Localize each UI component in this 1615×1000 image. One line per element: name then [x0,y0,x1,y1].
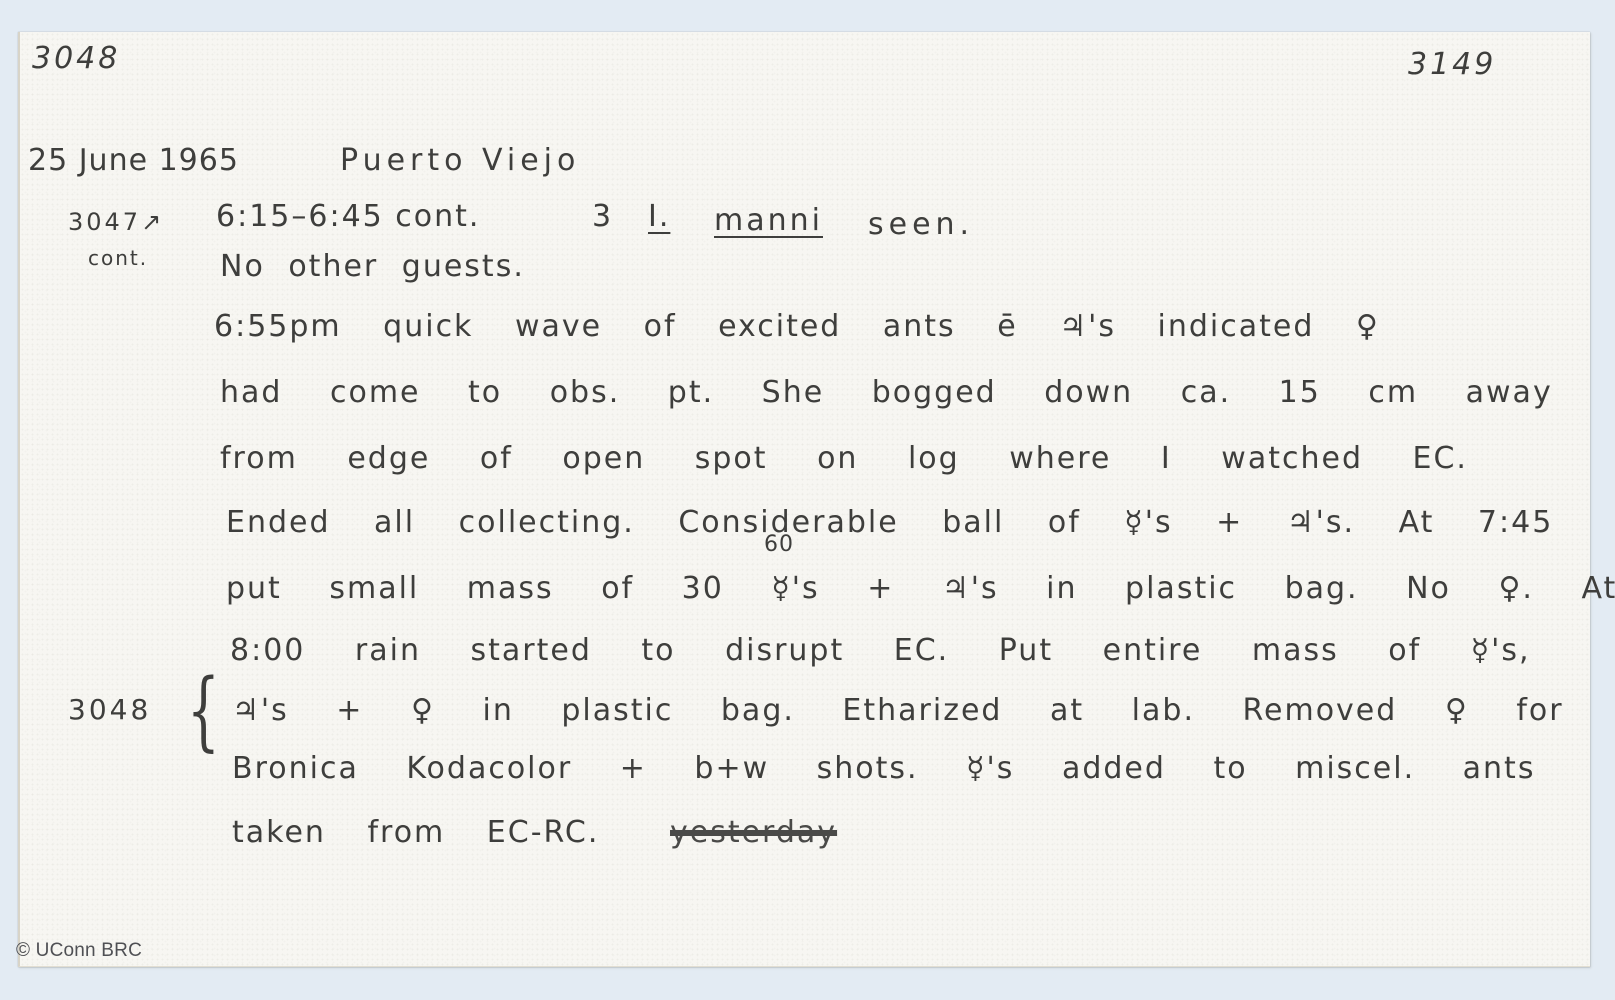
field-note-card: 3048 3149 25 June 1965 Puerto Viejo 3047… [18,32,1590,967]
note-line-6: Ended all collecting. Considerable ball … [226,508,1553,538]
note-line-1b-seen: seen. [868,210,974,240]
note-line-7: put small mass of 30 ☿'s + ♃'s in plasti… [226,574,1615,604]
top-right-catalog-number: 3149 [1408,50,1496,80]
note-line-11: taken from EC-RC. [232,818,599,848]
note-line-4: had come to obs. pt. She bogged down ca.… [220,378,1553,408]
note-line-8: 8:00 rain started to disrupt EC. Put ent… [230,636,1531,666]
note-line-9: ♃'s + ♀ in plastic bag. Etharized at lab… [232,696,1564,726]
correction-60: 60 [764,532,794,557]
bracket-3048: { [187,668,220,754]
note-count: 3 [592,202,613,232]
entry-location: Puerto Viejo [340,146,580,176]
note-line-1a: 6:15–6:45 cont. [216,202,480,232]
note-line-3: 6:55pm quick wave of excited ants ē ♃'s … [214,312,1380,342]
genus-abbrev: I. [648,202,670,232]
margin-specimen-3048: 3048 [68,696,151,724]
top-left-catalog-number: 3048 [32,44,120,74]
margin-cont-label: cont. [88,248,148,268]
species-name: manni [714,206,823,236]
note-line-5: from edge of open spot on log where I wa… [220,444,1468,474]
margin-specimen-3047: 3047↗ [68,210,164,234]
entry-date: 25 June 1965 [28,146,239,176]
note-line-10: Bronica Kodacolor + b+w shots. ☿'s added… [232,754,1535,784]
struck-word-yesterday: yesterday [670,818,837,848]
copyright-notice: © UConn BRC [16,940,142,962]
note-line-2: No other guests. [220,252,525,282]
